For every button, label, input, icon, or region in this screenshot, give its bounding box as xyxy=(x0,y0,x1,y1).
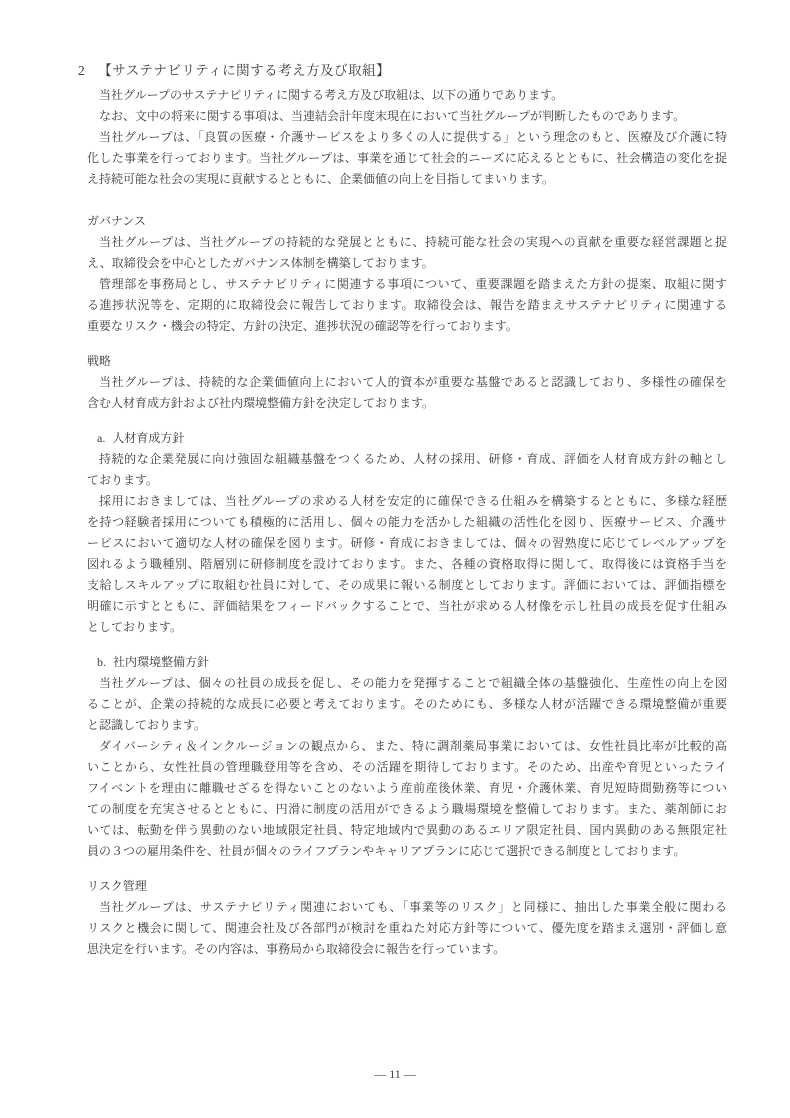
text-line: フイベントを理由に離職せざるを得ないことのないよう産前産後休業、育児・介護休業、… xyxy=(87,778,727,799)
page-footer: ― 11 ― xyxy=(0,1064,790,1085)
section: 戦略当社グループは、持続的な企業価値向上において人的資本が重要な基盤であると認識… xyxy=(87,351,727,862)
text-line: 当社グループは、サステナビリティ関連においても、「事業等のリスク」と同様に、抽出… xyxy=(87,897,727,918)
text-line: ダイバーシティ＆インクルージョンの観点から、また、特に調剤薬局事業においては、女… xyxy=(87,736,727,757)
text-line: 採用におきましては、当社グループの求める人材を安定的に確保できる仕組みを構築する… xyxy=(87,491,727,512)
subsection-label: b. xyxy=(97,655,106,669)
text-line: 員の３つの雇用条件を、社員が個々のライフプランやキャリアプランに応じて選択できる… xyxy=(87,841,727,862)
text-line: なお、文中の将来に関する事項は、当連結会計年度末現在において当社グループが判断し… xyxy=(87,106,727,127)
text-line: 図れるよう職種別、階層別に研修制度を設けております。また、各種の資格取得に関して… xyxy=(87,554,727,575)
text-line: 当社グループは、「良質の医療・介護サービスをより多くの人に提供する」という理念の… xyxy=(87,127,727,148)
text-line: ております。 xyxy=(87,470,727,491)
section-heading: ガバナンス xyxy=(87,211,727,232)
text-line: いては、転勤を伴う異動のない地域限定社員、特定地域内で異動のあるエリア限定社員、… xyxy=(87,820,727,841)
paragraph: 当社グループは、個々の社員の成長を促し、その能力を発揮することで組織全体の基盤強… xyxy=(87,673,727,736)
paragraph: 当社グループは、持続的な企業価値向上において人的資本が重要な基盤であると認識して… xyxy=(87,372,727,414)
text-line: 当社グループのサステナビリティに関する考え方及び取組は、以下の通りであります。 xyxy=(87,85,727,106)
section-heading: 戦略 xyxy=(87,351,727,372)
subsection-heading: a.人材育成方針 xyxy=(97,428,727,449)
text-line: 当社グループは、当社グループの持続的な発展とともに、持続可能な社会の実現への貢献… xyxy=(87,232,727,253)
section: リスク管理当社グループは、サステナビリティ関連においても、「事業等のリスク」と同… xyxy=(87,876,727,960)
paragraph: 当社グループは、当社グループの持続的な発展とともに、持続可能な社会の実現への貢献… xyxy=(87,232,727,274)
document-page: 2【サステナビリティに関する考え方及び取組】 当社グループのサステナビリティに関… xyxy=(0,0,790,1118)
text-line: 明確に示すとともに、評価結果をフィードバックすることで、当社が求める人材像を示し… xyxy=(87,596,727,617)
text-line: としております。 xyxy=(87,617,727,638)
paragraph: 採用におきましては、当社グループの求める人材を安定的に確保できる仕組みを構築する… xyxy=(87,491,727,638)
document-content: 当社グループのサステナビリティに関する考え方及び取組は、以下の通りであります。な… xyxy=(87,85,727,960)
document-title: 2【サステナビリティに関する考え方及び取組】 xyxy=(78,60,728,81)
paragraph: 持続的な企業発展に向け強固な組織基盤をつくるため、人材の採用、研修・育成、評価を… xyxy=(87,449,727,491)
text-line: 管理部を事務局とし、サステナビリティに関連する事項について、重要課題を踏まえた方… xyxy=(87,274,727,295)
text-line: 化した事業を行っております。当社グループは、事業を通じて社会的ニーズに応えるとと… xyxy=(87,148,727,169)
document-sections: ガバナンス当社グループは、当社グループの持続的な発展とともに、持続可能な社会の実… xyxy=(87,211,727,960)
text-line: る進捗状況等を、定期的に取締役会に報告しております。取締役会は、報告を踏まえサス… xyxy=(87,295,727,316)
text-line: 当社グループは、持続的な企業価値向上において人的資本が重要な基盤であると認識して… xyxy=(87,372,727,393)
paragraph: ダイバーシティ＆インクルージョンの観点から、また、特に調剤薬局事業においては、女… xyxy=(87,736,727,862)
text-line: 重要なリスク・機会の特定、方針の決定、進捗状況の確認等を行っております。 xyxy=(87,316,727,337)
document-body: 2【サステナビリティに関する考え方及び取組】 当社グループのサステナビリティに関… xyxy=(78,60,728,960)
paragraph: 当社グループのサステナビリティに関する考え方及び取組は、以下の通りであります。 xyxy=(87,85,727,106)
paragraph: なお、文中の将来に関する事項は、当連結会計年度末現在において当社グループが判断し… xyxy=(87,106,727,127)
text-line: ービスにおいて適切な人材の確保を図ります。研修・育成におきましては、個々の習熟度… xyxy=(87,533,727,554)
text-line: と認識しております。 xyxy=(87,715,727,736)
subsection: b.社内環境整備方針当社グループは、個々の社員の成長を促し、その能力を発揮するこ… xyxy=(87,652,727,862)
text-line: 含む人材育成方針および社内環境整備方針を決定しております。 xyxy=(87,393,727,414)
text-line: 当社グループは、個々の社員の成長を促し、その能力を発揮することで組織全体の基盤強… xyxy=(87,673,727,694)
paragraph: 当社グループは、サステナビリティ関連においても、「事業等のリスク」と同様に、抽出… xyxy=(87,897,727,960)
paragraph: 管理部を事務局とし、サステナビリティに関連する事項について、重要課題を踏まえた方… xyxy=(87,274,727,337)
subsection: a.人材育成方針持続的な企業発展に向け強固な組織基盤をつくるため、人材の採用、研… xyxy=(87,428,727,638)
text-line: リスクと機会に関して、関連会社及び各部門が検討を重ねた対応方針等について、優先度… xyxy=(87,918,727,939)
section-heading: リスク管理 xyxy=(87,876,727,897)
text-line: え、取締役会を中心としたガバナンス体制を構築しております。 xyxy=(87,253,727,274)
text-line: ての制度を充実させるとともに、円滑に制度の活用ができるよう職場環境を整備しており… xyxy=(87,799,727,820)
subsection-title: 人材育成方針 xyxy=(112,431,184,445)
page-number: ― 11 ― xyxy=(374,1067,416,1081)
paragraph: 当社グループは、「良質の医療・介護サービスをより多くの人に提供する」という理念の… xyxy=(87,127,727,190)
intro-paragraphs: 当社グループのサステナビリティに関する考え方及び取組は、以下の通りであります。な… xyxy=(87,85,727,190)
text-line: 思決定を行います。その内容は、事務局から取締役会に報告を行っています。 xyxy=(87,939,727,960)
section-title-text: 【サステナビリティに関する考え方及び取組】 xyxy=(98,63,390,78)
section: ガバナンス当社グループは、当社グループの持続的な発展とともに、持続可能な社会の実… xyxy=(87,211,727,337)
text-line: を持つ経験者採用についても積極的に活用し、個々の能力を活かした組織の活性化を図り… xyxy=(87,512,727,533)
subsection-heading: b.社内環境整備方針 xyxy=(97,652,727,673)
text-line: 持続的な企業発展に向け強固な組織基盤をつくるため、人材の採用、研修・育成、評価を… xyxy=(87,449,727,470)
subsection-label: a. xyxy=(97,431,105,445)
section-number: 2 xyxy=(78,60,85,81)
text-line: いことから、女性社員の管理職登用等を含め、その活躍を期待しております。そのため、… xyxy=(87,757,727,778)
text-line: 支給しスキルアップに取組む社員に対して、その成果に報いる制度としております。評価… xyxy=(87,575,727,596)
text-line: ることが、企業の持続的な成長に必要と考えております。そのためにも、多様な人材が活… xyxy=(87,694,727,715)
text-line: え持続可能な社会の実現に貢献するとともに、企業価値の向上を目指してまいります。 xyxy=(87,169,727,190)
subsection-title: 社内環境整備方針 xyxy=(113,655,209,669)
